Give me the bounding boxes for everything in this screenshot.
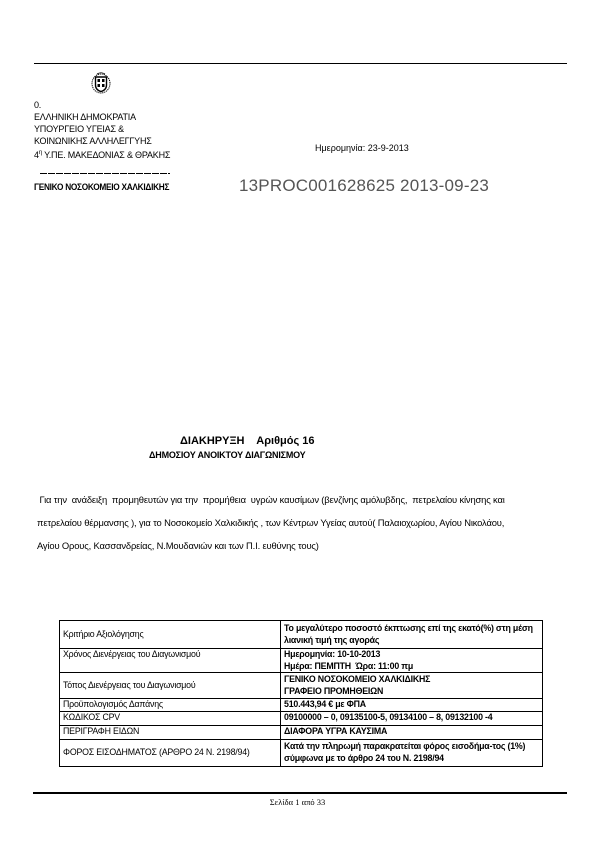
- row-label-criterion: Κριτήριο Αξιολόγησης: [60, 621, 281, 649]
- table-row: Χρόνος Διενέργειας του Διαγωνισμού Ημερο…: [60, 649, 543, 673]
- row-label-cpv: ΚΩΔΙΚΟΣ CPV: [60, 711, 281, 725]
- row-label-time: Χρόνος Διενέργειας του Διαγωνισμού: [60, 649, 281, 673]
- value-date: Ημερομηνία: 10-10-2013: [284, 649, 539, 661]
- row-label-place: Τόπος Διενέργειας του Διαγωνισμού: [60, 673, 281, 699]
- row-value-cpv: 09100000 – 0, 09135100-5, 09134100 – 8, …: [281, 711, 543, 725]
- org-line-2: ΥΠΟΥΡΓΕΙΟ ΥΓΕΙΑΣ &: [34, 124, 124, 136]
- value-office: ΓΡΑΦΕΙΟ ΠΡΟΜΗΘΕΙΩΝ: [284, 686, 539, 698]
- table-row: Κριτήριο Αξιολόγησης Το μεγαλύτερο ποσοσ…: [60, 621, 543, 649]
- row-value-description: ΔΙΑΦΟΡΑ ΥΓΡΑ ΚΑΥΣΙΜΑ: [281, 725, 543, 739]
- announcement-title: ΔΙΑΚΗΡΥΞΗ Αριθμός 16: [180, 435, 315, 447]
- org-line-4: 4η Υ.ΠΕ. ΜΑΚΕΔΟΝΙΑΣ & ΘΡΑΚΗΣ: [34, 148, 170, 162]
- hospital-name: ΓΕΝΙΚΟ ΝΟΣΟΚΟΜΕΙΟ ΧΑΛΚΙΔΙΚΗΣ: [34, 182, 169, 192]
- tender-spec-table: Κριτήριο Αξιολόγησης Το μεγαλύτερο ποσοσ…: [59, 620, 543, 767]
- table-row: Τόπος Διενέργειας του Διαγωνισμού ΓΕΝΙΚΟ…: [60, 673, 543, 699]
- top-rule: [34, 63, 567, 64]
- table-row: Προϋπολογισμός Δαπάνης 510.443,94 € με Φ…: [60, 699, 543, 712]
- row-label-budget: Προϋπολογισμός Δαπάνης: [60, 699, 281, 712]
- table-row: ΠΕΡΙΓΡΑΦΗ ΕΙΔΩΝ ΔΙΑΦΟΡΑ ΥΓΡΑ ΚΑΥΣΙΜΑ: [60, 725, 543, 739]
- separator-line: [40, 173, 170, 174]
- table-row: ΦΟΡΟΣ ΕΙΣΟΔΗΜΑΤΟΣ (ΑΡΘΡΟ 24 Ν. 2198/94) …: [60, 739, 543, 766]
- intro-line-2: πετρελαίου θέρμανσης ), για το Νοσοκομεί…: [37, 511, 557, 534]
- value-day-time: Ημέρα: ΠΕΜΠΤΗ Ώρα: 11:00 πμ: [284, 661, 539, 673]
- page-number: Σελίδα 1 από 33: [0, 797, 595, 807]
- document-number: 0.: [34, 100, 41, 112]
- row-value-budget: 510.443,94 € με ΦΠΑ: [281, 699, 543, 712]
- row-value-time: Ημερομηνία: 10-10-2013 Ημέρα: ΠΕΜΠΤΗ Ώρα…: [281, 649, 543, 673]
- table-row: ΚΩΔΙΚΟΣ CPV 09100000 – 0, 09135100-5, 09…: [60, 711, 543, 725]
- row-value-tax: Κατά την πληρωμή παρακρατείται φόρος εισ…: [281, 739, 543, 766]
- announcement-subtitle: ΔΗΜΟΣΙΟΥ ΑΝΟΙΚΤΟΥ ΔΙΑΓΩΝΙΣΜΟΥ: [149, 450, 306, 460]
- intro-line-3: Αγίου Ορους, Κασσανδρείας, Ν.Μουδανιών κ…: [37, 534, 557, 557]
- protocol-stamp: 13PROC001628625 2013-09-23: [239, 176, 489, 196]
- intro-line-1: Για την ανάδειξη προμηθευτών για την προ…: [37, 488, 557, 511]
- row-value-criterion: Το μεγαλύτερο ποσοστό έκπτωσης επί της ε…: [281, 621, 543, 649]
- org-line-3: ΚΟΙΝΩΝΙΚΗΣ ΑΛΛΗΛΕΓΓΥΗΣ: [34, 136, 152, 148]
- row-value-place: ΓΕΝΙΚΟ ΝΟΣΟΚΟΜΕΙΟ ΧΑΛΚΙΔΙΚΗΣ ΓΡΑΦΕΙΟ ΠΡΟ…: [281, 673, 543, 699]
- row-label-tax: ΦΟΡΟΣ ΕΙΣΟΔΗΜΑΤΟΣ (ΑΡΘΡΟ 24 Ν. 2198/94): [60, 739, 281, 766]
- org-line-1: ΕΛΛΗΝΙΚΗ ΔΗΜΟΚΡΑΤΙΑ: [34, 112, 136, 124]
- row-label-description: ΠΕΡΙΓΡΑΦΗ ΕΙΔΩΝ: [60, 725, 281, 739]
- value-hospital: ΓΕΝΙΚΟ ΝΟΣΟΚΟΜΕΙΟ ΧΑΛΚΙΔΙΚΗΣ: [284, 674, 539, 686]
- coat-of-arms-icon: [91, 72, 111, 94]
- document-date: Ημερομηνία: 23-9-2013: [315, 143, 409, 153]
- footer-rule: [33, 792, 567, 794]
- intro-paragraph: Για την ανάδειξη προμηθευτών για την προ…: [37, 488, 557, 557]
